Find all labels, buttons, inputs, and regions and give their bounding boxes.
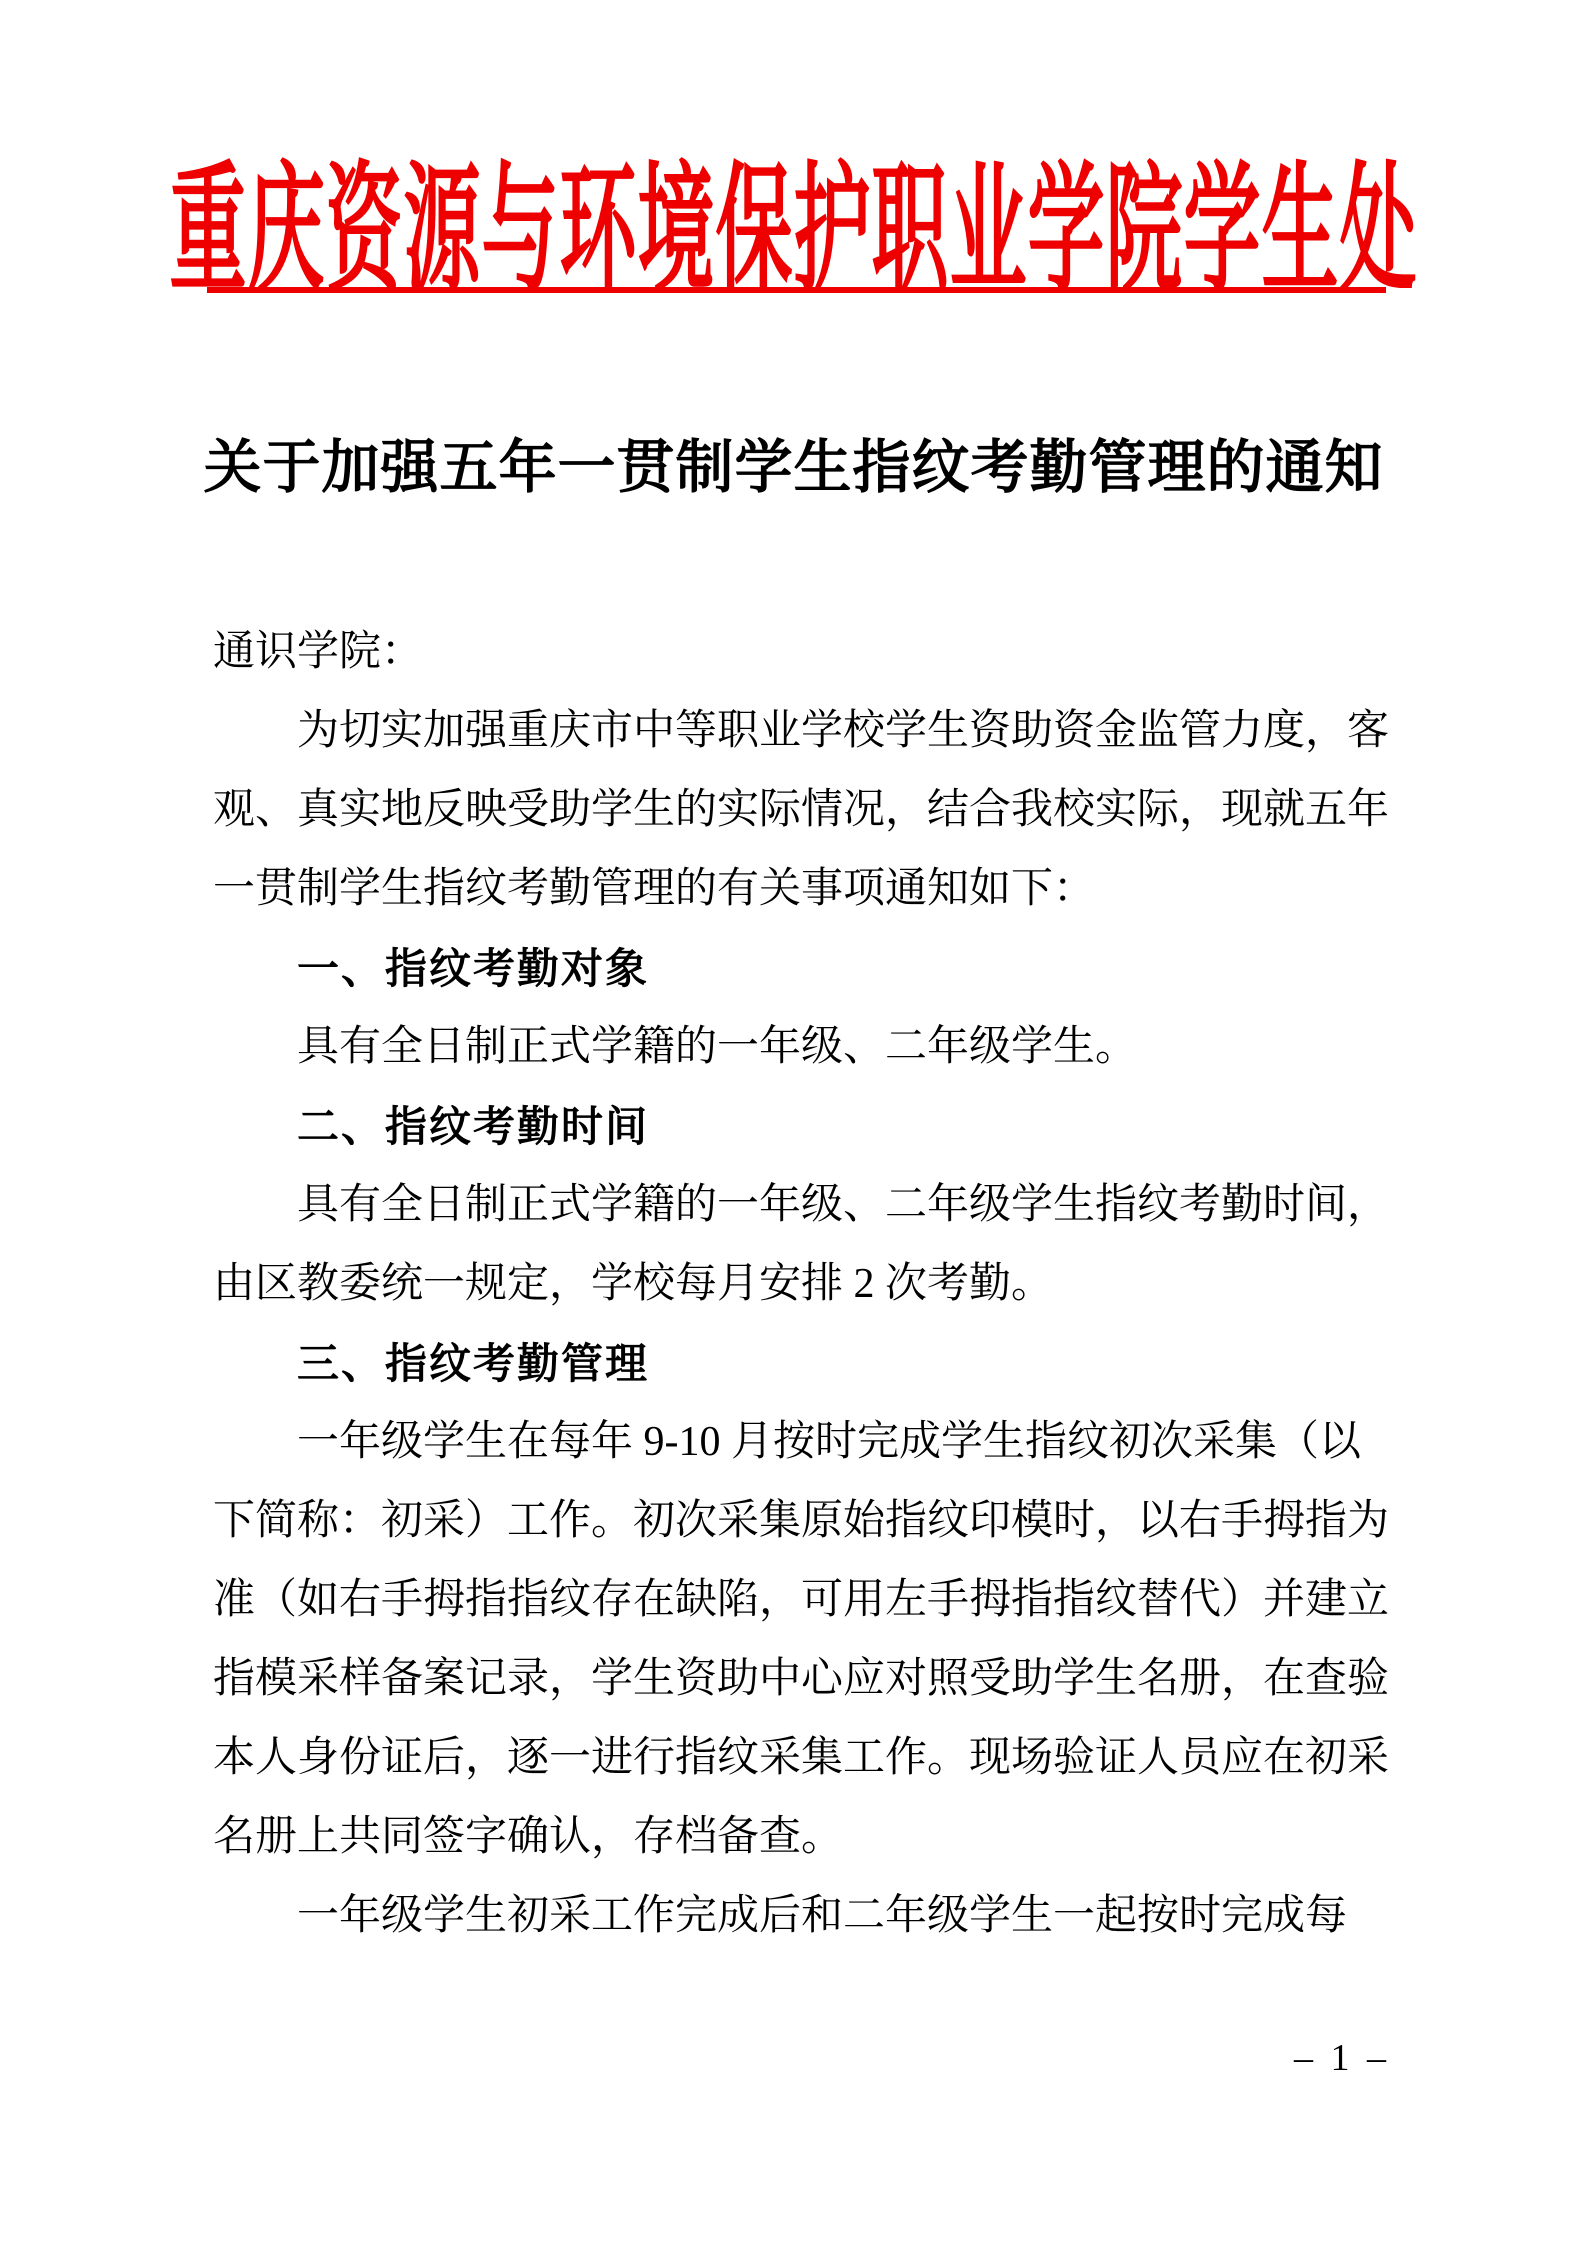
notice-title: 关于加强五年一贯制学生指纹考勤管理的通知 <box>0 420 1587 504</box>
page-number: – 1 – <box>1294 2034 1390 2082</box>
section-heading: 三、指纹考勤管理 <box>213 1324 1393 1403</box>
section-heading: 一、指纹考勤对象 <box>213 929 1393 1008</box>
body-line: 指模采样备案记录，学生资助中心应对照受助学生名册，在查验 <box>213 1640 1393 1719</box>
document-page: 重庆资源与环境保护职业学院学生处 关于加强五年一贯制学生指纹考勤管理的通知 通识… <box>0 0 1587 2245</box>
body-line: 由区教委统一规定，学校每月安排 2 次考勤。 <box>213 1245 1393 1324</box>
body-line: 名册上共同签字确认，存档备查。 <box>213 1798 1393 1877</box>
body-line: 准（如右手拇指指纹存在缺陷，可用左手拇指指纹替代）并建立 <box>213 1561 1393 1640</box>
body-line: 一贯制学生指纹考勤管理的有关事项通知如下： <box>213 850 1393 929</box>
section-heading: 二、指纹考勤时间 <box>213 1087 1393 1166</box>
body-line: 观、真实地反映受助学生的实际情况，结合我校实际，现就五年 <box>213 771 1393 850</box>
notice-body: 通识学院：为切实加强重庆市中等职业学校学生资助资金监管力度，客观、真实地反映受助… <box>213 613 1393 1956</box>
body-line: 下简称：初采）工作。初次采集原始指纹印模时，以右手拇指为 <box>213 1482 1393 1561</box>
letterhead-divider <box>207 287 1386 293</box>
body-line: 具有全日制正式学籍的一年级、二年级学生指纹考勤时间， <box>213 1166 1393 1245</box>
body-line: 本人身份证后，逐一进行指纹采集工作。现场验证人员应在初采 <box>213 1719 1393 1798</box>
body-line: 具有全日制正式学籍的一年级、二年级学生。 <box>213 1008 1393 1087</box>
salutation: 通识学院： <box>213 613 1393 692</box>
body-line: 为切实加强重庆市中等职业学校学生资助资金监管力度，客 <box>213 692 1393 771</box>
body-line: 一年级学生初采工作完成后和二年级学生一起按时完成每 <box>213 1877 1393 1956</box>
body-line: 一年级学生在每年 9-10 月按时完成学生指纹初次采集（以 <box>213 1403 1393 1482</box>
